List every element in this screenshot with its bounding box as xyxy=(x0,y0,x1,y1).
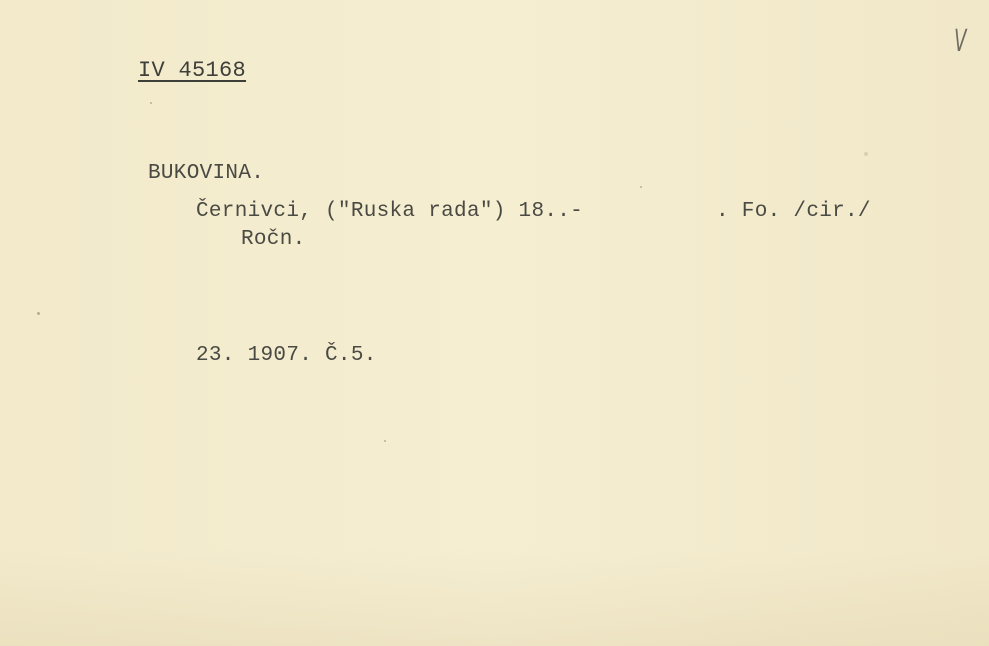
handwritten-check-mark: V xyxy=(954,24,966,59)
paper-speck xyxy=(384,440,386,442)
call-number: IV 45168 xyxy=(138,60,246,82)
title-entry: Černivci, ("Ruska rada") 18..- xyxy=(196,201,583,222)
paper-speck xyxy=(640,186,642,188)
paper-speck xyxy=(150,102,152,104)
paper-speck xyxy=(37,312,40,315)
format-note: . Fo. /cir./ xyxy=(716,201,871,222)
paper-speck xyxy=(864,152,868,156)
holdings-entry: 23. 1907. Č.5. xyxy=(196,345,377,366)
frequency-note: Ročn. xyxy=(241,229,306,250)
subject-heading: BUKOVINA. xyxy=(148,163,264,184)
catalog-card: IV 45168 V BUKOVINA. Černivci, ("Ruska r… xyxy=(0,0,989,646)
